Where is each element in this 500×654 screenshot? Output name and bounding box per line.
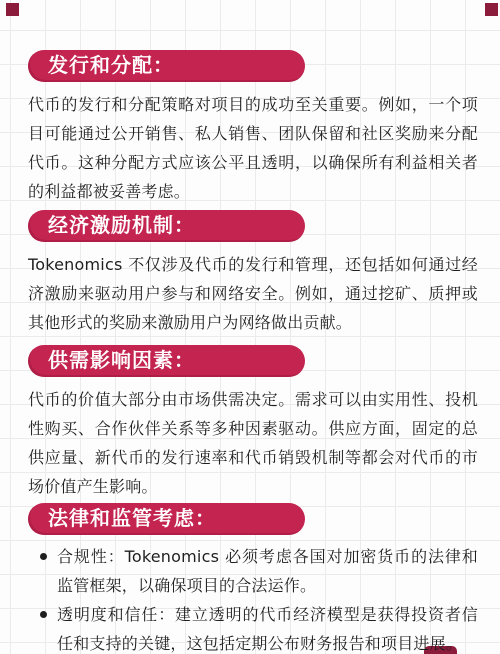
section-economic-incentives: 经济激励机制： Tokenomics 不仅涉及代币的发行和管理，还包括如何通过经… <box>0 210 500 337</box>
bullet-icon <box>40 553 47 560</box>
corner-accent-top-right <box>485 3 498 16</box>
section-header-banner: 法律和监管考虑： <box>28 503 305 535</box>
section-header-banner: 经济激励机制： <box>28 210 305 242</box>
bullet-icon <box>40 611 47 618</box>
bullet-list: 合规性：Tokenomics 必须考虑各国对加密货币的法律和监管框架，以确保项目… <box>28 542 478 654</box>
bullet-text: 透明度和信任：建立透明的代币经济模型是获得投资者信任和支持的关键，这包括定期公布… <box>57 600 478 654</box>
section-title: 法律和监管考虑： <box>48 508 216 530</box>
section-body-text: Tokenomics 不仅涉及代币的发行和管理，还包括如何通过经济激励来驱动用户… <box>28 250 478 337</box>
list-item: 透明度和信任：建立透明的代币经济模型是获得投资者信任和支持的关键，这包括定期公布… <box>28 600 478 654</box>
section-title: 经济激励机制： <box>48 215 195 237</box>
section-legal-regulatory: 法律和监管考虑： 合规性：Tokenomics 必须考虑各国对加密货币的法律和监… <box>0 503 500 654</box>
section-title: 供需影响因素： <box>48 350 195 372</box>
corner-accent-top-left <box>6 3 19 16</box>
section-body-text: 代币的价值大部分由市场供需决定。需求可以由实用性、投机性购买、合作伙伴关系等多种… <box>28 385 478 501</box>
section-header-banner: 发行和分配： <box>28 50 305 82</box>
bullet-text: 合规性：Tokenomics 必须考虑各国对加密货币的法律和监管框架，以确保项目… <box>57 542 478 600</box>
section-issuance-distribution: 发行和分配： 代币的发行和分配策略对项目的成功至关重要。例如，一个项目可能通过公… <box>0 50 500 206</box>
section-supply-demand: 供需影响因素： 代币的价值大部分由市场供需决定。需求可以由实用性、投机性购买、合… <box>0 345 500 501</box>
list-item: 合规性：Tokenomics 必须考虑各国对加密货币的法律和监管框架，以确保项目… <box>28 542 478 600</box>
section-body-text: 代币的发行和分配策略对项目的成功至关重要。例如，一个项目可能通过公开销售、私人销… <box>28 90 478 206</box>
section-title: 发行和分配： <box>48 55 174 77</box>
section-header-banner: 供需影响因素： <box>28 345 305 377</box>
